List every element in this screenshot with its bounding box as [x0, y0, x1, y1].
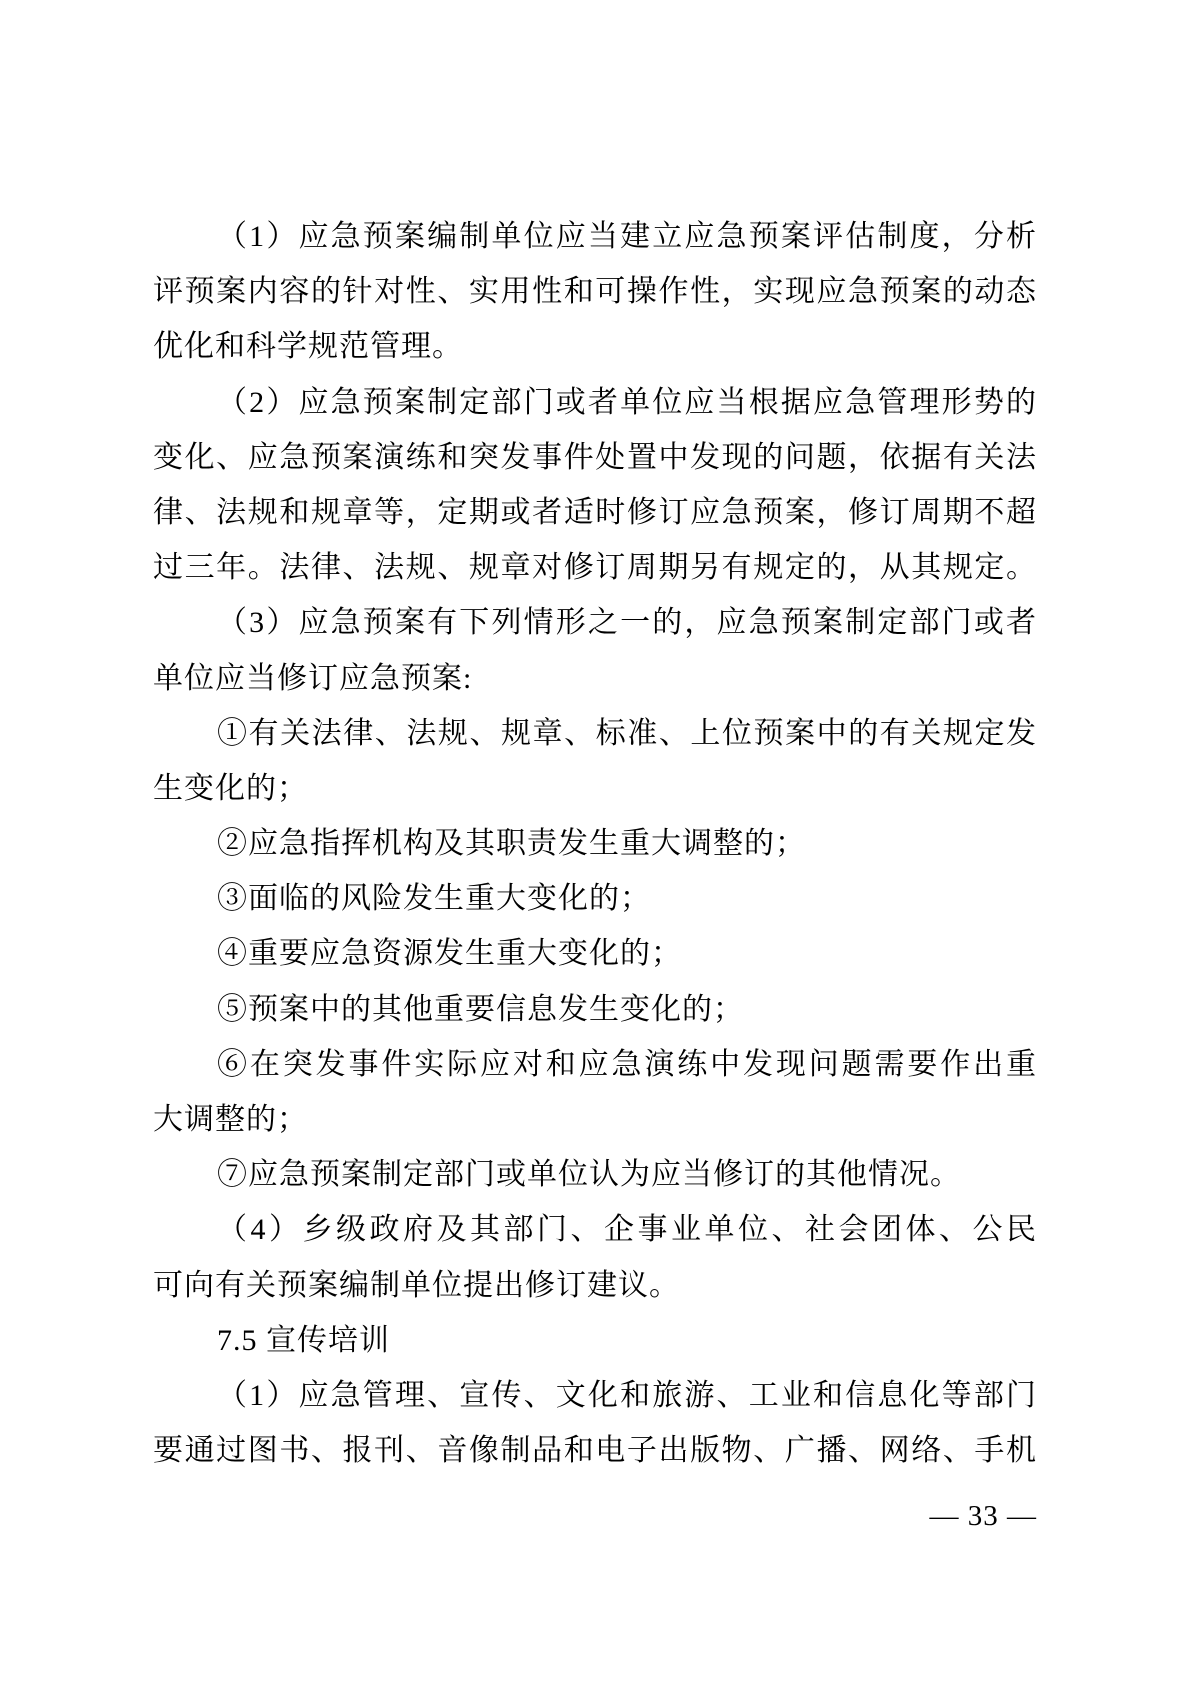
list-item-line: ⑤预案中的其他重要信息发生变化的；: [153, 982, 1037, 1037]
paragraph-line: （1）应急预案编制单位应当建立应急预案评估制度，分析: [153, 209, 1037, 264]
paragraph-line: 变化、应急预案演练和突发事件处置中发现的问题，依据有关法: [153, 430, 1037, 485]
list-item-line: 生变化的；: [153, 761, 1037, 816]
list-item-line: ①有关法律、法规、规章、标准、上位预案中的有关规定发: [153, 706, 1037, 761]
paragraph-line: （2）应急预案制定部门或者单位应当根据应急管理形势的: [153, 375, 1037, 430]
list-item-line: ④重要应急资源发生重大变化的；: [153, 926, 1037, 981]
paragraph-line: 优化和科学规范管理。: [153, 319, 1037, 374]
paragraph-line: （1）应急管理、宣传、文化和旅游、工业和信息化等部门: [153, 1368, 1037, 1423]
paragraph-line: 过三年。法律、法规、规章对修订周期另有规定的，从其规定。: [153, 540, 1037, 595]
paragraph-line: 律、法规和规章等，定期或者适时修订应急预案，修订周期不超: [153, 485, 1037, 540]
list-item-line: ⑥在突发事件实际应对和应急演练中发现问题需要作出重: [153, 1037, 1037, 1092]
paragraph-line: 要通过图书、报刊、音像制品和电子出版物、广播、网络、手机: [153, 1423, 1037, 1478]
list-item-line: ⑦应急预案制定部门或单位认为应当修订的其他情况。: [153, 1147, 1037, 1202]
paragraph-line: 可向有关预案编制单位提出修订建议。: [153, 1258, 1037, 1313]
list-item-line: ②应急指挥机构及其职责发生重大调整的；: [153, 816, 1037, 871]
document-page: （1）应急预案编制单位应当建立应急预案评估制度，分析评预案内容的针对性、实用性和…: [0, 0, 1190, 1683]
paragraph-line: 评预案内容的针对性、实用性和可操作性，实现应急预案的动态: [153, 264, 1037, 319]
paragraph-line: （4）乡级政府及其部门、企事业单位、社会团体、公民等，: [153, 1202, 1037, 1257]
section-heading: 7.5 宣传培训: [153, 1313, 1037, 1368]
paragraph-line: （3）应急预案有下列情形之一的，应急预案制定部门或者: [153, 595, 1037, 650]
page-number: — 33 —: [930, 1500, 1038, 1532]
paragraph-line: 单位应当修订应急预案:: [153, 651, 1037, 706]
list-item-line: 大调整的；: [153, 1092, 1037, 1147]
list-item-line: ③面临的风险发生重大变化的；: [153, 871, 1037, 926]
page-footer: — 33 —: [153, 1500, 1037, 1533]
document-body: （1）应急预案编制单位应当建立应急预案评估制度，分析评预案内容的针对性、实用性和…: [153, 209, 1037, 1478]
